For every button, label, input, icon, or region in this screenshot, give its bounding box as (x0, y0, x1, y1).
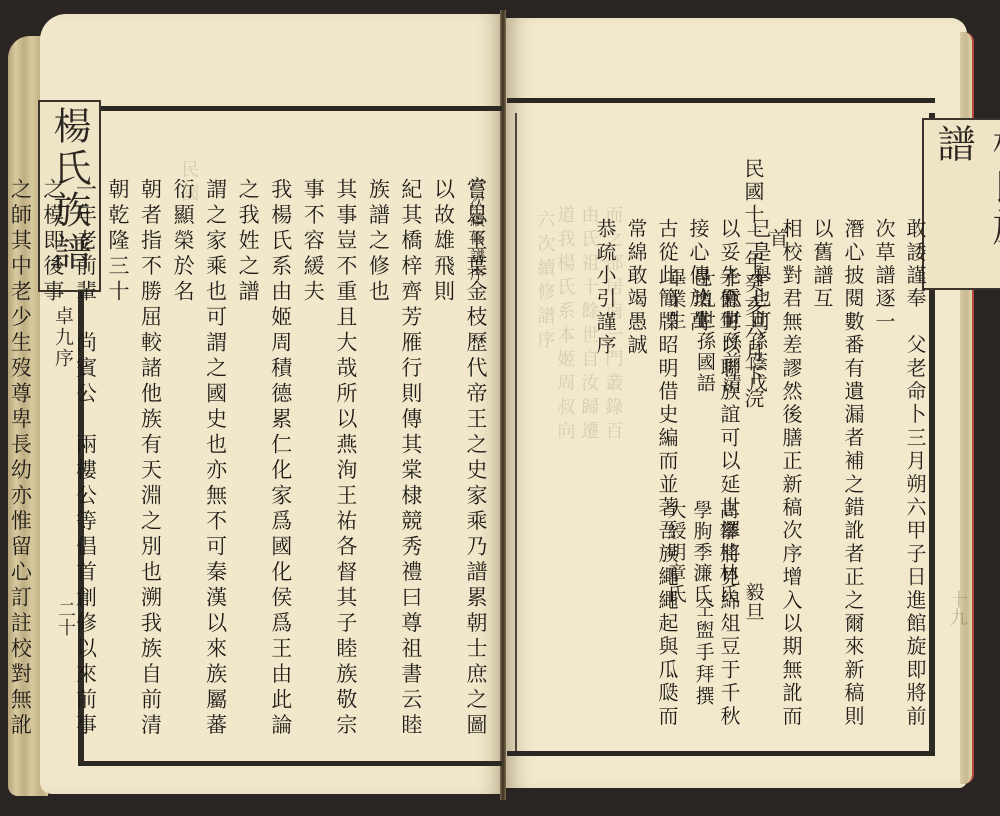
signature-line: 十九世孫國語畢業生 (660, 268, 719, 408)
ghost-page-number: 十九 (944, 590, 970, 626)
text-column: 我楊氏系由姬周積德累仁化家爲國化侯爲王由此論之我姓之譜 (232, 178, 297, 750)
closing-phrase: 仝盥手拜撰 (688, 598, 717, 708)
text-column: 其事豈不重且大哉所以燕洵王祐各督其子睦族敬宗事不容緩夫 (297, 178, 362, 750)
book-title-right: 楊氏族譜 (922, 118, 1000, 290)
signature-name: 大綬明章氏 (660, 500, 689, 605)
text-column: 潛心披閱數番有遺漏者補之錯訛者正之爾來新稿則以舊譜互 (806, 218, 868, 738)
text-column: 謂之家乘也可謂之國史也亦無不可秦漢以來族屬蕃衍顯榮於名 (167, 178, 232, 750)
text-column: 敢諉謹奉 父老命卜三月朔六甲子日進館旋即將前次草譜逐一 (868, 218, 930, 738)
open-book: 楊氏族譜 卓九序 二十 民國 六次續修譜序 嘗思玉葉金枝歷代帝王之史家乘乃譜累朝… (0, 0, 1000, 816)
right-frame-rule-left (515, 113, 517, 751)
signature-name: 學朐季濂氏 (686, 500, 715, 605)
text-column: 一年老前輩 尚賓公 兩樓公等倡首創修以來前事之模即後事 (36, 178, 101, 750)
left-page-body: 嘗思玉葉金枝歷代帝王之史家乘乃譜累朝士庶之圖以故雄飛則 紀其橋梓齊芳雁行則傳其棠… (92, 178, 492, 750)
text-column: 紀其橋梓齊芳雁行則傳其棠棣競秀禮曰尊祖書云睦族譜之修也 (362, 178, 427, 750)
closing-name: 毅旦 (738, 582, 767, 622)
text-column: 嘗思玉葉金枝歷代帝王之史家乘乃譜累朝士庶之圖以故雄飛則 (427, 178, 492, 750)
text-column: 之師其中老少生歿尊卑長幼亦惟留心訂註校對無訛可也至于本 (0, 178, 36, 750)
text-column: 朝者指不勝屈較諸他族有天淵之別也溯我族自前清朝乾隆三十 (101, 178, 166, 750)
text-column: 恭疏小引謹序 (589, 218, 620, 738)
